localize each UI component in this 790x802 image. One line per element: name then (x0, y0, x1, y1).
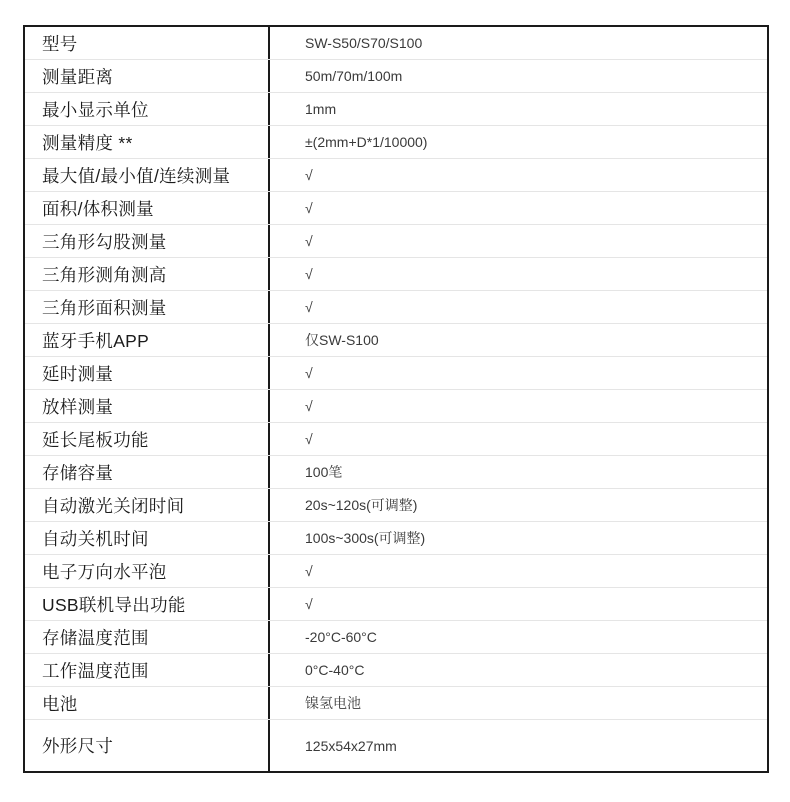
spec-value: √ (268, 357, 767, 389)
table-row: USB联机导出功能 √ (25, 588, 767, 621)
spec-value: √ (268, 159, 767, 191)
spec-label: 自动关机时间 (25, 522, 268, 554)
spec-label: 蓝牙手机APP (25, 324, 268, 356)
spec-label: 型号 (25, 27, 268, 59)
table-row: 外形尺寸 125x54x27mm (25, 720, 767, 771)
table-row: 最小显示单位 1mm (25, 93, 767, 126)
table-row: 放样测量 √ (25, 390, 767, 423)
table-row: 型号 SW-S50/S70/S100 (25, 27, 767, 60)
table-row: 工作温度范围 0°C-40°C (25, 654, 767, 687)
spec-value: 100s~300s(可调整) (268, 522, 767, 554)
spec-label: 面积/体积测量 (25, 192, 268, 224)
spec-value: √ (268, 291, 767, 323)
spec-label: 最大值/最小值/连续测量 (25, 159, 268, 191)
table-row: 存储温度范围 -20°C-60°C (25, 621, 767, 654)
spec-value: 125x54x27mm (268, 720, 767, 771)
spec-label: 电子万向水平泡 (25, 555, 268, 587)
spec-value: √ (268, 588, 767, 620)
spec-label: 外形尺寸 (25, 720, 268, 771)
spec-label: 自动激光关闭时间 (25, 489, 268, 521)
table-row: 延时测量 √ (25, 357, 767, 390)
spec-value: ±(2mm+D*1/10000) (268, 126, 767, 158)
table-row: 电池 镍氢电池 (25, 687, 767, 720)
table-row: 三角形面积测量 √ (25, 291, 767, 324)
spec-value: 0°C-40°C (268, 654, 767, 686)
spec-label: 三角形勾股测量 (25, 225, 268, 257)
spec-value: √ (268, 258, 767, 290)
spec-label: 存储容量 (25, 456, 268, 488)
table-row: 自动关机时间 100s~300s(可调整) (25, 522, 767, 555)
spec-label: 测量距离 (25, 60, 268, 92)
spec-label: 最小显示单位 (25, 93, 268, 125)
spec-label: 三角形面积测量 (25, 291, 268, 323)
spec-value: √ (268, 555, 767, 587)
spec-value: √ (268, 225, 767, 257)
table-row: 延长尾板功能 √ (25, 423, 767, 456)
spec-value: 1mm (268, 93, 767, 125)
table-row: 三角形勾股测量 √ (25, 225, 767, 258)
spec-label: 工作温度范围 (25, 654, 268, 686)
spec-label: 延长尾板功能 (25, 423, 268, 455)
spec-value: 仅SW-S100 (268, 324, 767, 356)
spec-value: √ (268, 192, 767, 224)
spec-label: 三角形测角测高 (25, 258, 268, 290)
table-row: 测量距离 50m/70m/100m (25, 60, 767, 93)
spec-value: 50m/70m/100m (268, 60, 767, 92)
spec-label: 电池 (25, 687, 268, 719)
spec-value: SW-S50/S70/S100 (268, 27, 767, 59)
spec-value: √ (268, 423, 767, 455)
spec-table: 型号 SW-S50/S70/S100 测量距离 50m/70m/100m 最小显… (23, 25, 769, 773)
table-row: 面积/体积测量 √ (25, 192, 767, 225)
spec-value: 100笔 (268, 456, 767, 488)
table-row: 蓝牙手机APP 仅SW-S100 (25, 324, 767, 357)
spec-label: USB联机导出功能 (25, 588, 268, 620)
spec-label: 存储温度范围 (25, 621, 268, 653)
table-row: 最大值/最小值/连续测量 √ (25, 159, 767, 192)
spec-value: -20°C-60°C (268, 621, 767, 653)
spec-label: 测量精度 ** (25, 126, 268, 158)
table-row: 三角形测角测高 √ (25, 258, 767, 291)
spec-label: 延时测量 (25, 357, 268, 389)
spec-value: √ (268, 390, 767, 422)
table-row: 存储容量 100笔 (25, 456, 767, 489)
spec-value: 镍氢电池 (268, 687, 767, 719)
spec-label: 放样测量 (25, 390, 268, 422)
table-row: 自动激光关闭时间 20s~120s(可调整) (25, 489, 767, 522)
table-row: 测量精度 ** ±(2mm+D*1/10000) (25, 126, 767, 159)
table-row: 电子万向水平泡 √ (25, 555, 767, 588)
spec-value: 20s~120s(可调整) (268, 489, 767, 521)
